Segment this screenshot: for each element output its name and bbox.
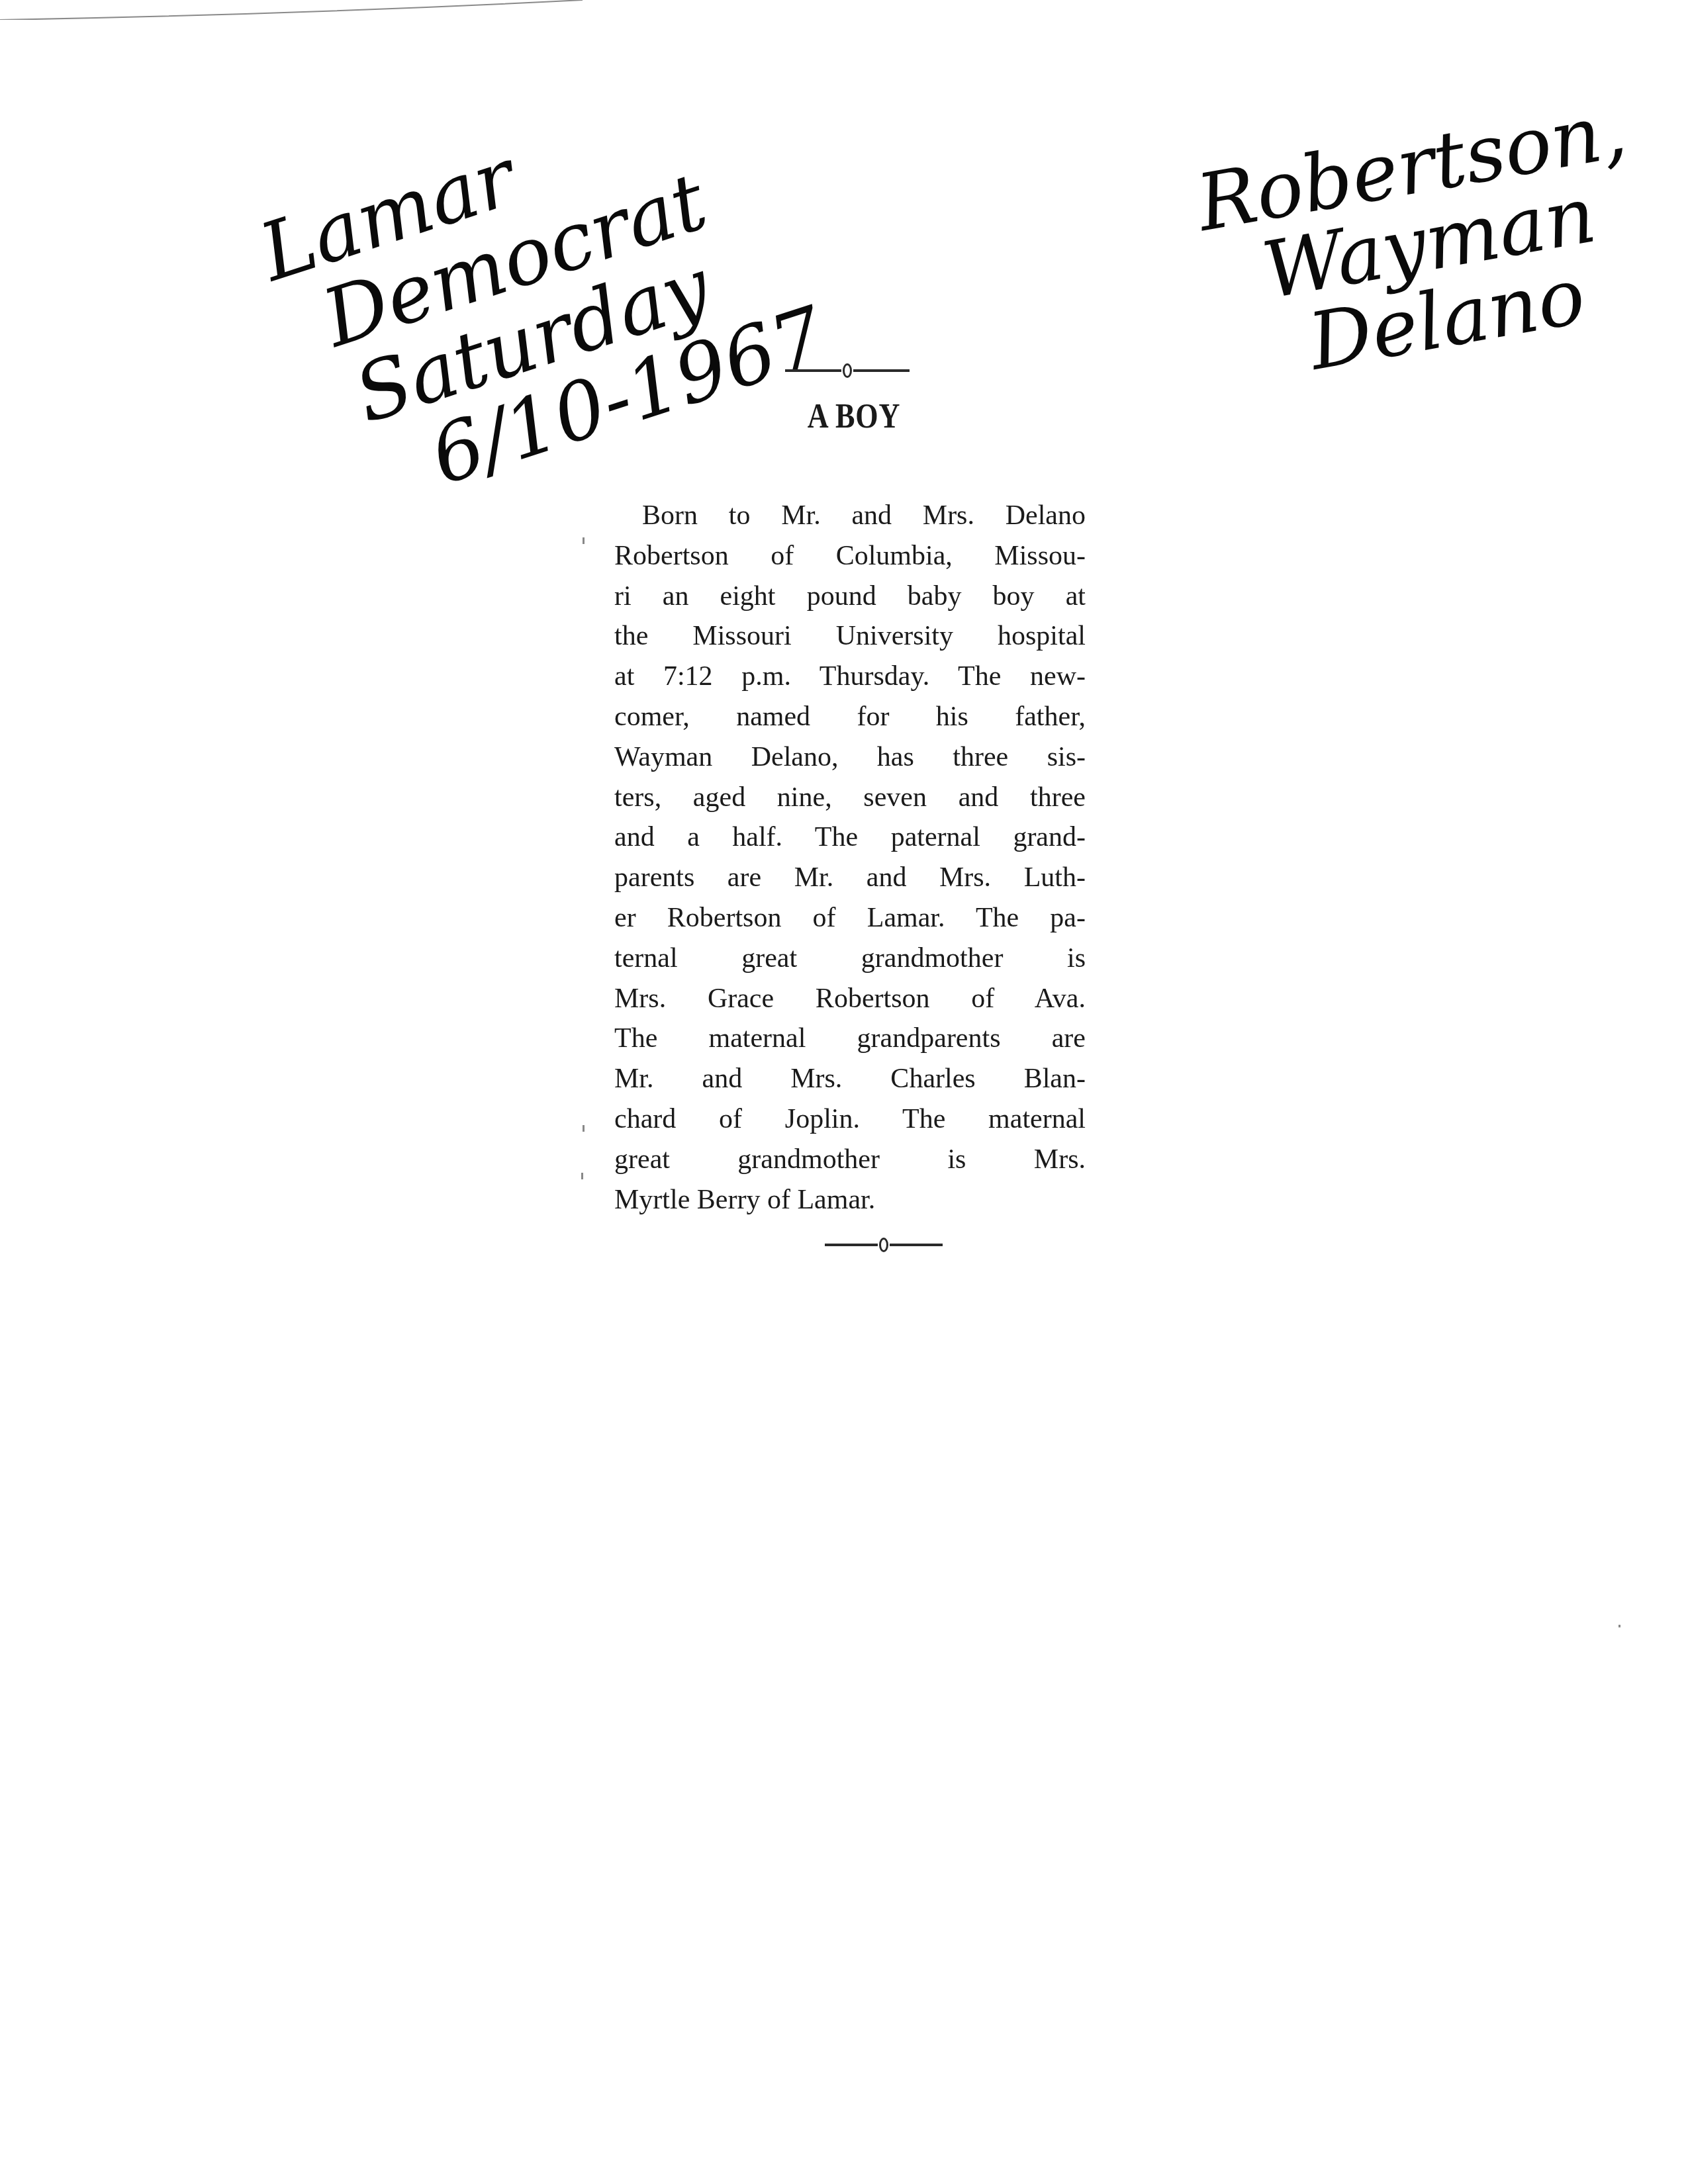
article-line: Mr. and Mrs. Charles Blan-	[614, 1059, 1086, 1099]
divider-ornament-bottom	[682, 1232, 1086, 1258]
article-line: great grandmother is Mrs.	[614, 1140, 1086, 1180]
article-line: ters, aged nine, seven and three	[614, 778, 1086, 818]
article-line: comer, named for his father,	[614, 697, 1086, 737]
article-line: the Missouri University hospital	[614, 616, 1086, 657]
ornament-rule	[853, 369, 910, 372]
article-line: and a half. The paternal grand-	[614, 817, 1086, 858]
article-line: Born to Mr. and Mrs. Delano	[614, 496, 1086, 536]
article-line: Myrtle Berry of Lamar.	[614, 1180, 1086, 1220]
article-line: ternal great grandmother is	[614, 938, 1086, 979]
article-body: Born to Mr. and Mrs. DelanoRobertson of …	[609, 496, 1086, 1220]
divider-ornament-top	[609, 357, 1086, 384]
article-headline: A BOY	[657, 397, 1051, 436]
ornament-circle-icon	[879, 1238, 888, 1252]
article-line: Robertson of Columbia, Missou-	[614, 536, 1086, 576]
ornament-rule	[785, 369, 841, 372]
newspaper-clipping: A BOY Born to Mr. and Mrs. DelanoRoberts…	[609, 357, 1086, 1258]
ornament-rule	[825, 1244, 878, 1246]
article-line: chard of Joplin. The maternal	[614, 1099, 1086, 1140]
article-line: parents are Mr. and Mrs. Luth-	[614, 858, 1086, 898]
article-line: The maternal grandparents are	[614, 1019, 1086, 1059]
article-line: er Robertson of Lamar. The pa-	[614, 898, 1086, 938]
ornament-circle-icon	[843, 363, 852, 378]
scan-edge-line	[0, 0, 596, 20]
article-line: at 7:12 p.m. Thursday. The new-	[614, 657, 1086, 697]
article-line: Mrs. Grace Robertson of Ava.	[614, 979, 1086, 1019]
handwritten-subject-note: Robertson, Wayman Delano	[1192, 90, 1659, 396]
article-line: Wayman Delano, has three sis-	[614, 737, 1086, 778]
article-line: ri an eight pound baby boy at	[614, 576, 1086, 617]
ornament-rule	[890, 1244, 943, 1246]
